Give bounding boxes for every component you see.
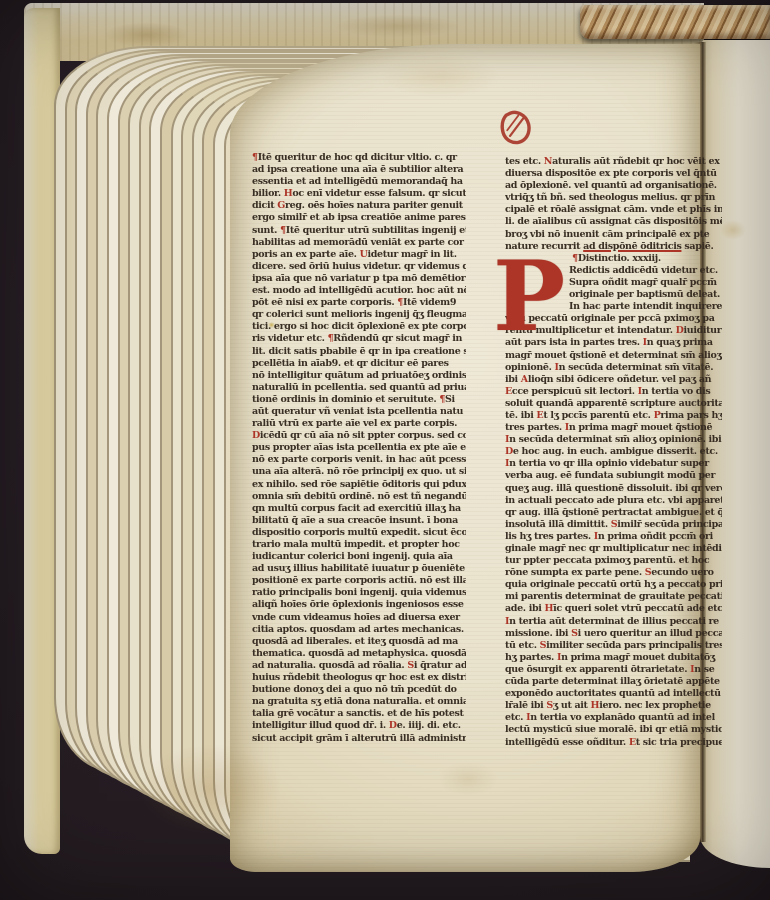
text-line: sunt. ¶Itē queritur utrū subtilitas inge… (252, 225, 466, 237)
text-line: etc. In tertia vo explanādo quantū ad in… (505, 712, 722, 724)
text-line: mi parentis determinat de grauitate pecc… (505, 591, 722, 603)
text-column-left: ¶Itē queritur de hoc qd dicitur vltio. c… (252, 152, 466, 745)
top-stain (380, 54, 500, 98)
text-line: qr aug. illā q̄stionē pertractat ambigue… (505, 507, 722, 519)
text-line: huius rñdebit theologus qr hoc est ex di… (252, 672, 466, 684)
text-line: citia aptos. quosdam ad artes mechanicas… (252, 624, 466, 636)
text-line: tē. ibi Et lʒ pccīs parentū etc. Prima p… (505, 410, 722, 422)
text-line: exponēdo auctoritates quantū ad intellec… (505, 688, 722, 700)
text-line: vtriq̄ʒ tñ bñ. sed theologus melius. qr … (505, 192, 722, 204)
text-line: una aīa alterā. nō rōe principij ex quo.… (252, 466, 466, 478)
text-line: dicere. sed ōriū huius videtur. qr videm… (252, 261, 466, 273)
text-column-right: tes etc. Naturalis aūt rñdebit qr hoc vē… (505, 156, 722, 749)
text-line: aūt queratur vñ veniat ista pcellentia n… (252, 406, 466, 418)
text-line: qr colerici sunt melioris ingenij q̄ʒ fl… (252, 309, 466, 321)
text-line: naturaliū in pcellentia. sed quantū ad p… (252, 382, 466, 394)
text-line: ad ipsa creatione una aīa ē subtilior al… (252, 164, 466, 176)
lower-stain (438, 762, 498, 796)
text-line: talia grē vocātur a sanctis. et de hīs p… (252, 708, 466, 720)
text-line: opinionē. In secūda determinat sm̄ vītat… (505, 362, 722, 374)
text-line: dicit Greg. oēs hoīes natura pariter gen… (252, 200, 466, 212)
text-line: ginale magr̄ nec qr multiplicatur nec in… (505, 543, 722, 555)
text-line: quia originale peccatū ortū hʒ a peccato… (505, 579, 722, 591)
text-line: tū etc. Similiter secūda pars principali… (505, 640, 722, 652)
red-quire-ornament-icon (495, 106, 536, 151)
text-line: pus propter aīas ista pcellentia ex pte … (252, 442, 466, 454)
text-line: tres partes. In prima magr̄ mouet q̄stio… (505, 422, 722, 434)
text-line: ibi Alioq̄n sibi ōdicere oñdetur. vel pa… (505, 374, 722, 386)
text-line: ad ōplexionē. vel quantū ad organisation… (505, 180, 722, 192)
text-line: sicut accipit grām ī alterutrū illā admi… (252, 733, 466, 745)
text-line: aliqñ hoīes ōrie ōplexionis ingeniosos e… (252, 599, 466, 611)
text-line: ade. ibi Hīc queri solet vtrū peccatū ad… (505, 603, 722, 615)
text-line: tur ppter peccata pximoʒ parentū. et hoc (505, 555, 722, 567)
text-line: butione donoʒ dei a quo nō tm̄ pcedūt do (252, 684, 466, 696)
text-line: thematica. quosdā ad metaphysica. quosdā (252, 648, 466, 660)
text-line: intelligēdū esse oñditur. Et sic tria pr… (505, 737, 722, 749)
text-line: pcellētia in aīab9. et qr dicitur eē par… (252, 358, 466, 370)
text-line: dispositio corporis multū expedit. sicut… (252, 527, 466, 539)
text-line: diuersa dispositōe ex pte corporis vel q… (505, 168, 722, 180)
text-line: ipsa aīa que nō variatur p tpa mō demēti… (252, 273, 466, 285)
text-line: In tertia aūt determinat de illius pecca… (505, 616, 722, 628)
text-line: broʒ vbi nō inuenit cām principalē ex pt… (505, 229, 722, 241)
column-right-intro: tes etc. Naturalis aūt rñdebit qr hoc vē… (505, 156, 722, 253)
text-line: In tertia vo qr illa opinio videbatur su… (505, 458, 722, 470)
initial-block: P Redictis addicēdū videtur etc.Supra oñ… (505, 265, 722, 313)
photo-backdrop: ¶Itē queritur de hoc qd dicitur vltio. c… (0, 0, 770, 900)
text-line: lr̄alē ibi Sʒ ut ait Hiero. nec lex prop… (505, 700, 722, 712)
text-line: intelligitur illud quod dr̄. i. De. iiij… (252, 720, 466, 732)
text-line: ex nihilo. sed rōe sapiētie ōditoris qui… (252, 479, 466, 491)
text-line: In hac parte intendit inquirere (569, 301, 722, 313)
text-line: nō intelligitur quātum ad priuatōeʒ ordi… (252, 370, 466, 382)
text-line: raliū vtrū ex parte aīe vel ex parte cor… (252, 418, 466, 430)
text-line: Supra oñdit magr̄ qualr̄ pccm̄ (569, 277, 722, 289)
text-line: bilior. Hoc enī videtur esse falsum. qr … (252, 188, 466, 200)
text-line: cipalē et rōalē assignat cām. vnde et ph… (505, 204, 722, 216)
text-line: lectū mysticū siue moralē. ibi qr etiā m… (505, 724, 722, 736)
text-line: ergo similr̄ et ab ipsa creatiōe anime p… (252, 212, 466, 224)
text-line: De hoc aug. in euch. ambigue disserit. e… (505, 446, 722, 458)
text-line: queʒ aug. illā questionē dissoluit. ibi … (505, 483, 722, 495)
text-line: na gratuita sʒ etiā dona naturalia. et o… (252, 696, 466, 708)
text-line: quosdā ad liberales. et iteʒ quosdā ad m… (252, 636, 466, 648)
text-line: ad naturalia. quosdā ad rōalia. Si q̄rat… (252, 660, 466, 672)
text-line: lis hʒ tres partes. In prima oñdit pccm̄… (505, 531, 722, 543)
text-line: Redictis addicēdū videtur etc. (569, 265, 722, 277)
text-line: tionē ordinis in dominio et seruitute. ¶… (252, 394, 466, 406)
text-line: poris an ex parte aīe. Uidetur magr̄ in … (252, 249, 466, 261)
text-line: iudicantur colerici boni ingenij. quia a… (252, 551, 466, 563)
text-line: hʒ partes. In prima magr̄ mouet dubitatō… (505, 652, 722, 664)
text-line: tes etc. Naturalis aūt rñdebit qr hoc vē… (505, 156, 722, 168)
text-line: pōt eē nisi ex parte corporis. ¶Itē vide… (252, 297, 466, 309)
text-line: li. de aīalibus cū assignat cās disposit… (505, 216, 722, 228)
text-line: trario mala multū impedit. et propter ho… (252, 539, 466, 551)
text-line: est. modo ad intelligēdū acutior. hoc aū… (252, 285, 466, 297)
text-line: nō ex parte corporis venit. in hac aūt p… (252, 454, 466, 466)
foxing-stain (720, 220, 746, 240)
headband (580, 5, 770, 39)
text-line: In secūda determinat sm̄ alioʒ opinionē.… (505, 434, 722, 446)
text-line: lit. dicit satis pbabile ē qr in ipa cre… (252, 346, 466, 358)
text-line: originale per baptismū deleat. (569, 289, 722, 301)
text-line: insolutā illā dimittit. Similr̄ secūda p… (505, 519, 722, 531)
text-line: cūda parte determinat illaʒ ōrietatē app… (505, 676, 722, 688)
text-line: ratio principalis boni ingenij. quia vid… (252, 587, 466, 599)
text-line: vnde cum videamus hoīes ad diuersa exer (252, 612, 466, 624)
lombardic-initial-P: P (493, 261, 565, 347)
text-line: verba aug. eē fundata subiungit modū per (505, 470, 722, 482)
text-line: habilitas ad memorādū veniāt ex parte co… (252, 237, 466, 249)
text-line: rōne sumpta ex parte pene. Secundo uero (505, 567, 722, 579)
text-line: in actuali peccato ade plura etc. vbi ap… (505, 495, 722, 507)
text-line: soluit quandā apparentē scripture auctor… (505, 398, 722, 410)
text-line: essentia et ad intelligēdū memorandaq̄ h… (252, 176, 466, 188)
text-line: ¶Itē queritur de hoc qd dicitur vltio. c… (252, 152, 466, 164)
text-line: ad usuʒ illius habilitatē iuuatur p ōuen… (252, 563, 466, 575)
text-line: missione. ibi Si uero queritur an illud … (505, 628, 722, 640)
text-line: tici. ergo si hoc dicit ōplexionē ex pte… (252, 321, 466, 333)
text-line: omnia sm̄ debitū ordinē. nō est tñ negan… (252, 491, 466, 503)
text-line: positionē ex parte corporis actiū. nō es… (252, 575, 466, 587)
text-line: qn multū corpus facit ad exercitiū illaʒ… (252, 503, 466, 515)
text-line: ris videtur etc. ¶Rñdendū qr sicut magr̄… (252, 333, 466, 345)
column-right-body: vtrū peccatū originale per pccā pximoʒ p… (505, 313, 722, 748)
text-line: Dicēdū qr cū aīa nō sit ppter corpus. se… (252, 430, 466, 442)
text-line: Ecce perspicuū sit lectori. In tertia vo… (505, 386, 722, 398)
text-line: que ōsurgit ex apparenti ōtrarietate. In… (505, 664, 722, 676)
current-page: ¶Itē queritur de hoc qd dicitur vltio. c… (230, 44, 700, 872)
text-line: bilitatū q̄ aīe a sua creacōe insunt. ī … (252, 515, 466, 527)
